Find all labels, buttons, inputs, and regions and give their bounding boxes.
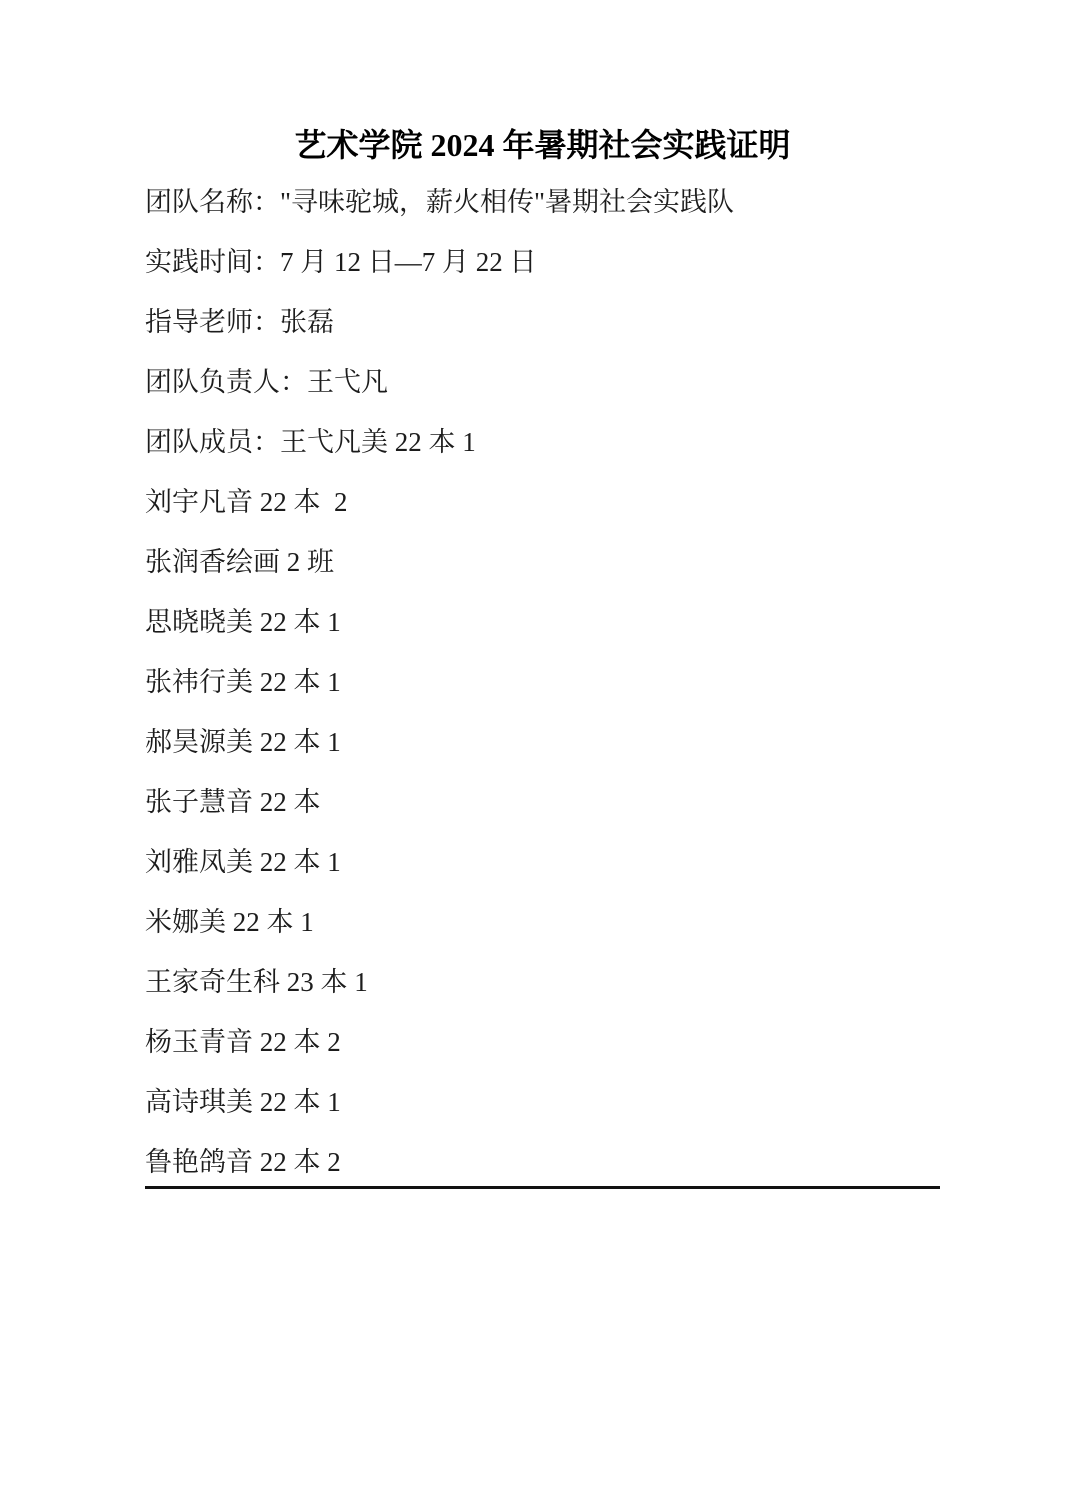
member-line: 刘雅凤美 22 本 1 [145,832,940,892]
member-line: 张子慧音 22 本 [145,772,940,832]
document-title: 艺术学院 2024 年暑期社会实践证明 [145,118,940,172]
paragraph-practice-time: 实践时间：7 月 12 日—7 月 22 日 [145,232,940,292]
member-line: 张润香绘画 2 班 [145,532,940,592]
paragraph-advisor: 指导老师：张磊 [145,292,940,352]
member-line: 张祎行美 22 本 1 [145,652,940,712]
paragraph-team-leader: 团队负责人：王弋凡 [145,352,940,412]
member-line: 思晓晓美 22 本 1 [145,592,940,652]
member-line: 鲁艳鸽音 22 本 2 [145,1132,940,1192]
paragraph-team-name: 团队名称："寻味驼城，薪火相传"暑期社会实践队 [145,172,940,232]
member-line: 杨玉青音 22 本 2 [145,1012,940,1072]
member-line: 郝昊源美 22 本 1 [145,712,940,772]
paragraph-team-members: 团队成员：王弋凡美 22 本 1 [145,412,940,472]
document-page: 艺术学院 2024 年暑期社会实践证明 团队名称："寻味驼城，薪火相传"暑期社会… [0,0,1085,1494]
member-line: 王家奇生科 23 本 1 [145,952,940,1012]
member-line: 高诗琪美 22 本 1 [145,1072,940,1132]
member-line: 刘宇凡音 22 本 2 [145,472,940,532]
member-line: 米娜美 22 本 1 [145,892,940,952]
